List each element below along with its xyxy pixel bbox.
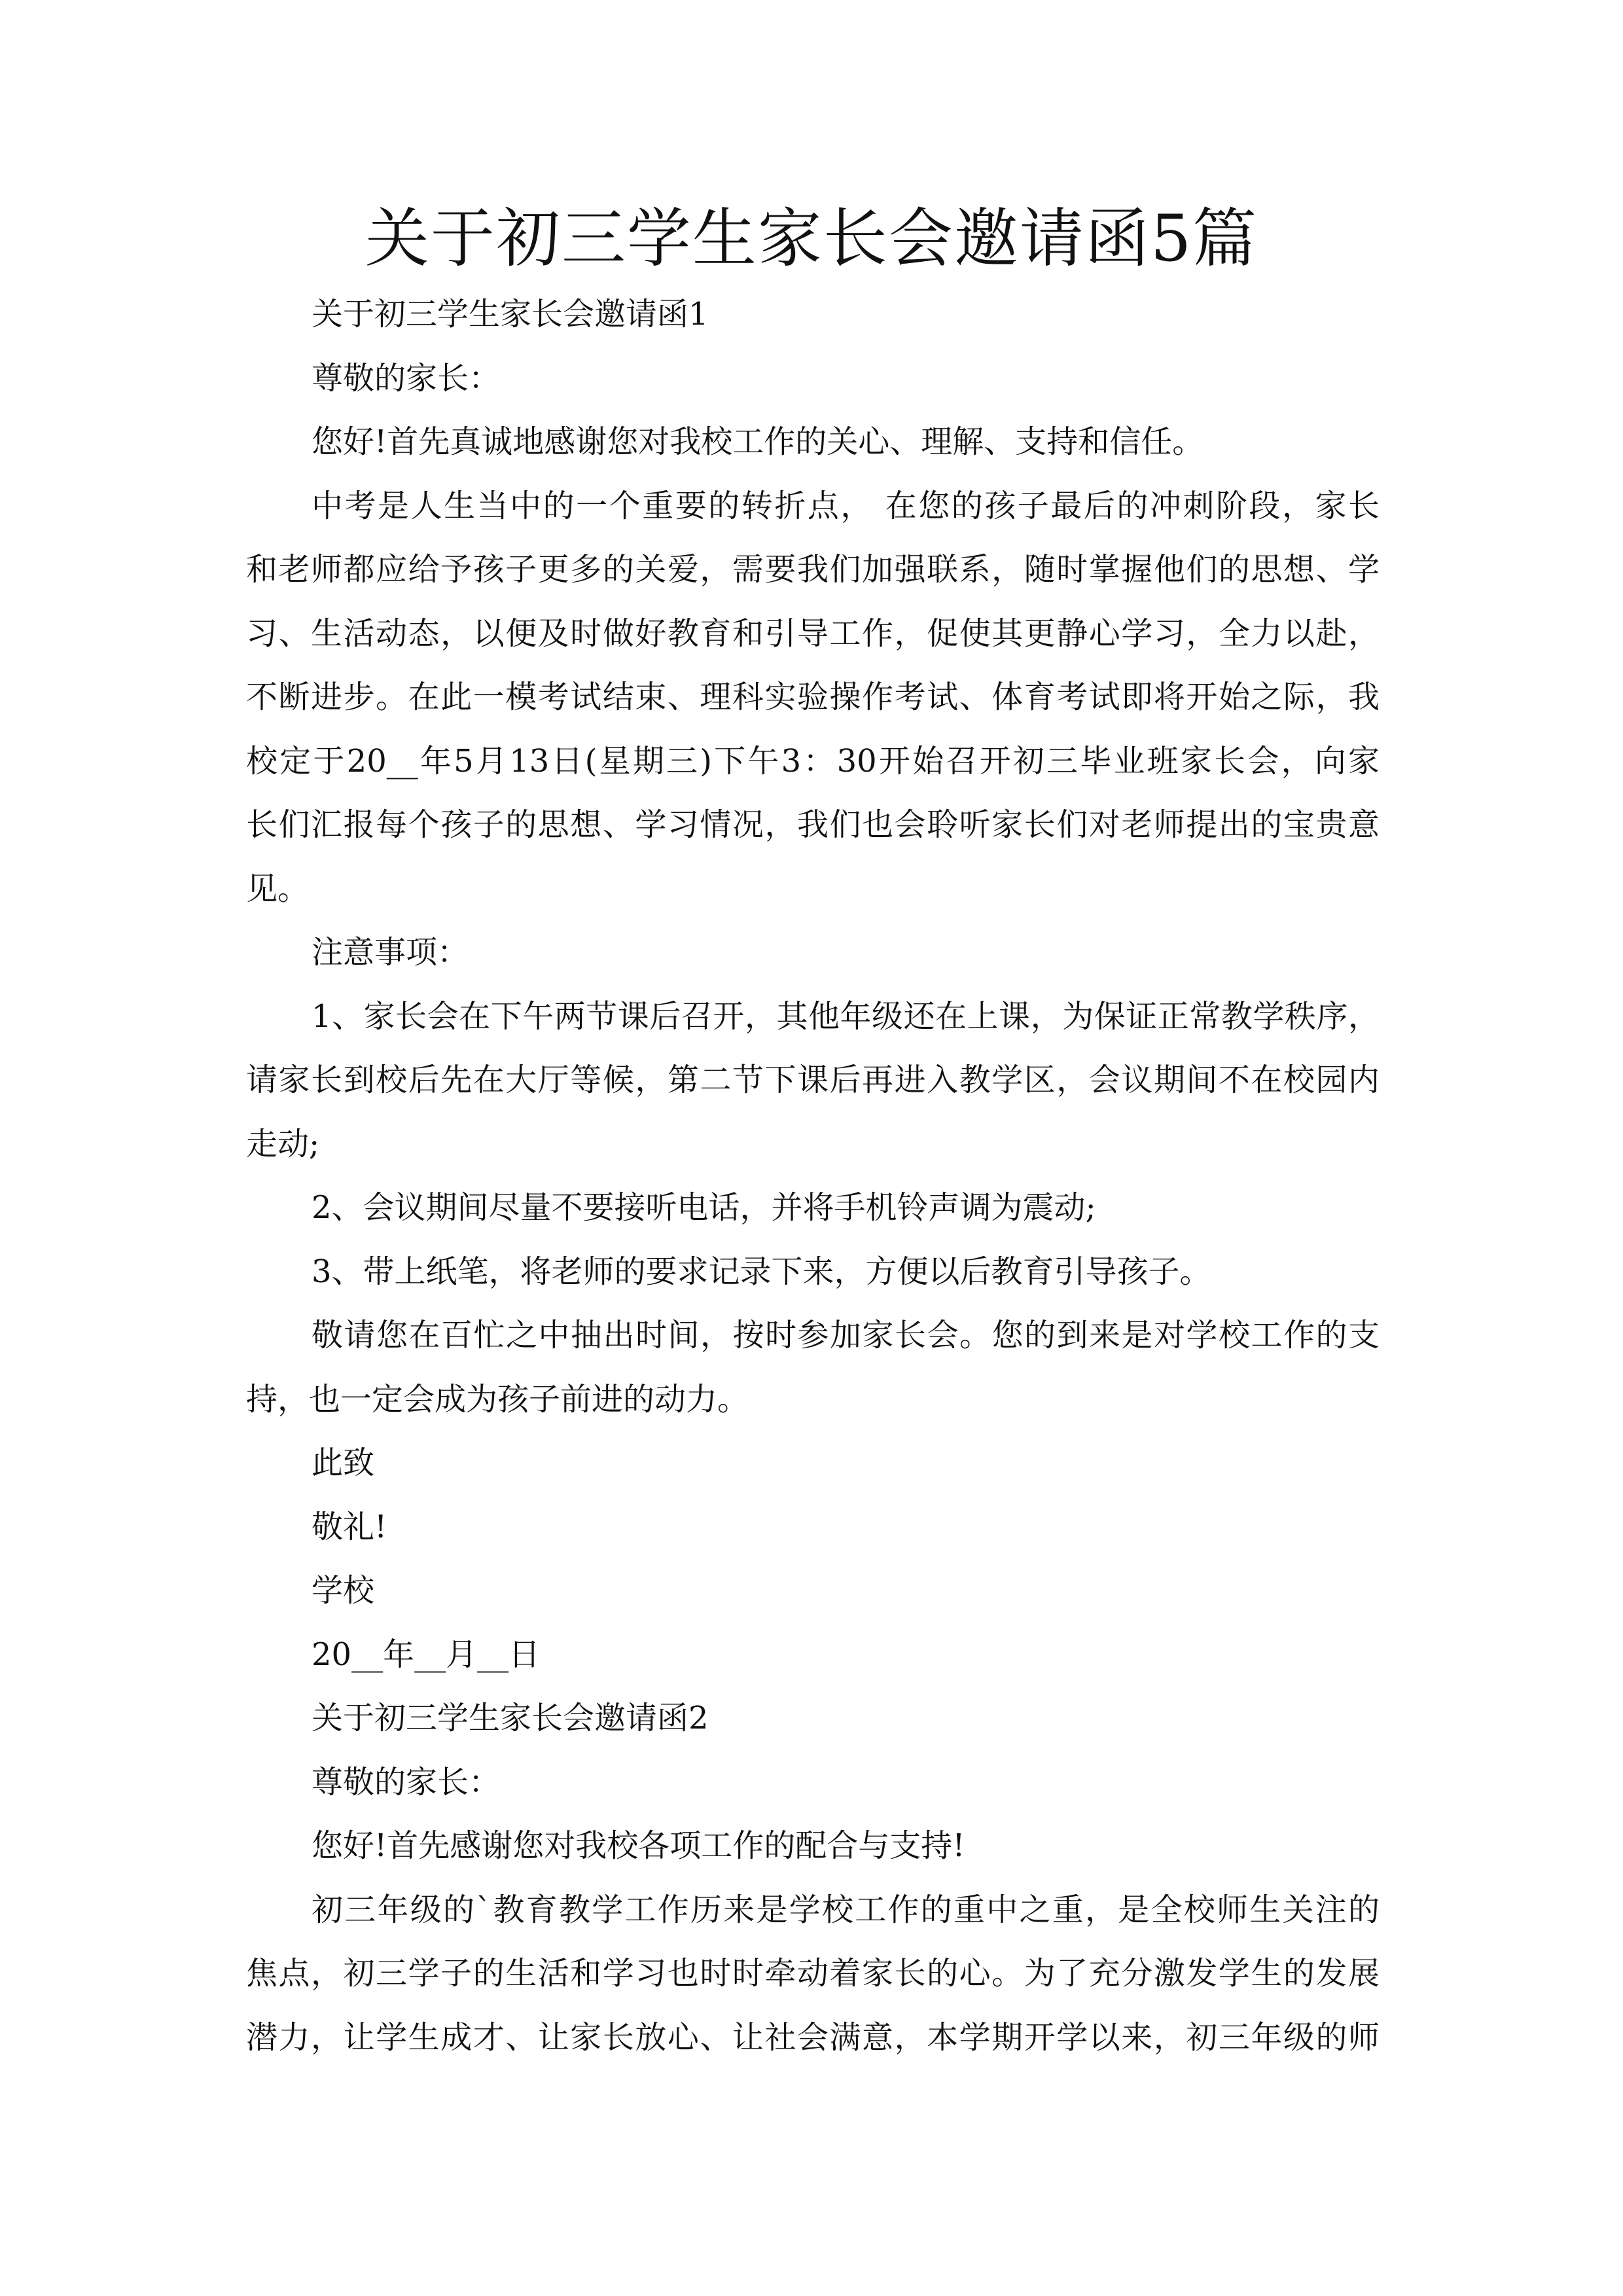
paragraph-line: 见。	[246, 857, 1380, 922]
paragraph-line: 潜力，让学生成才、让家长放心、让社会满意，本学期开学以来，初三年级的师	[246, 2006, 1380, 2070]
paragraph-line: 习、生活动态，以便及时做好教育和引导工作，促使其更静心学习，全力以赴，	[246, 602, 1380, 666]
paragraph-line: 焦点，初三学子的生活和学习也时时牵动着家长的心。为了充分激发学生的发展	[246, 1942, 1380, 2006]
section-heading-2: 关于初三学生家长会邀请函2	[246, 1687, 1380, 1751]
salutation-1: 尊敬的家长：	[246, 347, 1380, 411]
paragraph-line: 校定于20__年5月13日(星期三)下午3：30开始召开初三毕业班家长会，向家	[246, 730, 1380, 794]
paragraph-line: 中考是人生当中的一个重要的转折点， 在您的孩子最后的冲刺阶段，家长	[246, 475, 1380, 539]
document-body: 关于初三学生家长会邀请函1 尊敬的家长： 您好!首先真诚地感谢您对我校工作的关心…	[246, 283, 1380, 2070]
signature: 学校	[246, 1559, 1380, 1623]
note-item-3: 3、带上纸笔，将老师的要求记录下来，方便以后教育引导孩子。	[246, 1240, 1380, 1304]
paragraph-line: 不断进步。在此一模考试结束、理科实验操作考试、体育考试即将开始之际，我	[246, 666, 1380, 730]
greeting-2: 您好!首先感谢您对我校各项工作的配合与支持!	[246, 1814, 1380, 1878]
date-line: 20__年__月__日	[246, 1623, 1380, 1687]
paragraph-line: 初三年级的`教育教学工作历来是学校工作的重中之重，是全校师生关注的	[246, 1878, 1380, 1943]
note-item-1: 1、家长会在下午两节课后召开，其他年级还在上课，为保证正常教学秩序，	[246, 985, 1380, 1049]
note-item-1-cont: 请家长到校后先在大厅等候，第二节下课后再进入教学区，会议期间不在校园内	[246, 1049, 1380, 1113]
salutation-2: 尊敬的家长：	[246, 1751, 1380, 1815]
paragraph-line: 长们汇报每个孩子的思想、学习情况，我们也会聆听家长们对老师提出的宝贵意	[246, 793, 1380, 857]
note-item-1-cont: 走动;	[246, 1113, 1380, 1177]
paragraph-line: 和老师都应给予孩子更多的关爱，需要我们加强联系，随时掌握他们的思想、学	[246, 538, 1380, 602]
notes-heading: 注意事项：	[246, 921, 1380, 985]
note-item-2: 2、会议期间尽量不要接听电话，并将手机铃声调为震动;	[246, 1176, 1380, 1240]
valediction: 此致	[246, 1431, 1380, 1496]
document-title: 关于初三学生家长会邀请函5篇	[0, 196, 1623, 281]
section-heading-1: 关于初三学生家长会邀请函1	[246, 283, 1380, 347]
closing-paragraph-cont: 持，也一定会成为孩子前进的动力。	[246, 1368, 1380, 1432]
greeting-1: 您好!首先真诚地感谢您对我校工作的关心、理解、支持和信任。	[246, 410, 1380, 475]
closing-paragraph: 敬请您在百忙之中抽出时间，按时参加家长会。您的到来是对学校工作的支	[246, 1304, 1380, 1368]
salute: 敬礼!	[246, 1496, 1380, 1560]
